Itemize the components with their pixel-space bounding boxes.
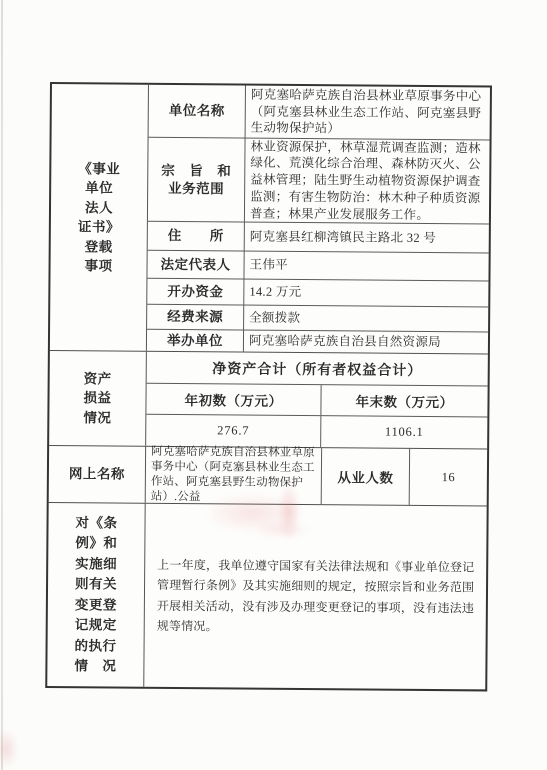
certificate-rows: 单位名称 阿克塞哈萨克族自治县林业草原事务中心（阿克塞县林业生态工作站、阿克塞县… [146, 85, 490, 354]
net-assets-header: 净资产合计（所有者权益合计） [147, 352, 488, 386]
address-label: 住 所 [148, 222, 244, 251]
online-name-section: 网上名称 阿克塞哈萨克族自治县林业草原事务中心（阿克塞县林业生态工作站、阿克塞县… [49, 445, 487, 505]
purpose-scope-label: 宗 旨 和 业务范围 [148, 138, 245, 222]
legal-representative-label: 法定代表人 [147, 251, 243, 279]
compliance-statement: 上一年度，我单位遵守国家有关法律法规和《事业单位登记管理暂行条例》及其实施细则的… [143, 504, 486, 690]
table-row-purpose-scope: 宗 旨 和 业务范围 林业资源保护，林草湿荒调查监测；造林绿化、荒漠化综合治理、… [148, 137, 490, 224]
unit-name-label: 单位名称 [149, 85, 245, 138]
organizer-value: 阿克塞哈萨克族自治县自然资源局 [243, 331, 488, 354]
staff-count-label: 从业人数 [321, 448, 409, 505]
table-row-funding-source: 经费来源 全额拨款 [147, 304, 488, 332]
year-end-header: 年末数（万元） [320, 385, 487, 416]
asset-section-label: 资产 损益 情况 [49, 351, 146, 446]
certificate-section-label: 《事业 单位 法人 证书》 登载 事项 [50, 84, 148, 351]
online-name-value: 阿克塞哈萨克族自治县林业草原事务中心（阿克塞县林业生态工作站、阿克塞县野生动物保… [145, 447, 321, 504]
certificate-section: 《事业 单位 法人 证书》 登载 事项 单位名称 阿克塞哈萨克族自治县林业草原事… [50, 84, 490, 353]
legal-representative-value: 王伟平 [243, 252, 488, 281]
asset-subheader-row: 年初数（万元） 年末数（万元） [146, 383, 487, 417]
compliance-section: 对《条 例》和 实施细 则有关 变更登 记规定 的执行 情 况 上一年度，我单位… [47, 502, 486, 689]
organizer-label: 举办单位 [147, 330, 243, 352]
table-row-legal-representative: 法定代表人 王伟平 [147, 250, 488, 281]
scan-edge-line [1, 0, 3, 770]
unit-name-value: 阿克塞哈萨克族自治县林业草原事务中心（阿克塞县林业生态工作站、阿克塞县野生动物保… [245, 86, 490, 140]
year-end-value: 1106.1 [320, 416, 487, 448]
table-row-organizer: 举办单位 阿克塞哈萨克族自治县自然资源局 [147, 329, 488, 354]
asset-grid: 净资产合计（所有者权益合计） 年初数（万元） 年末数（万元） 276.7 110… [145, 352, 488, 449]
asset-section: 资产 损益 情况 净资产合计（所有者权益合计） 年初数（万元） 年末数（万元） … [49, 350, 488, 448]
funding-source-label: 经费来源 [147, 305, 243, 330]
purpose-scope-value: 林业资源保护，林草湿荒调查监测；造林绿化、荒漠化综合治理、森林防灭火、公益林管理… [244, 139, 490, 224]
registration-table: 《事业 单位 法人 证书》 登载 事项 单位名称 阿克塞哈萨克族自治县林业草原事… [45, 82, 492, 691]
year-begin-value: 276.7 [146, 415, 320, 447]
table-row-address: 住 所 阿克塞县红柳湾镇民主路北 32 号 [148, 221, 489, 253]
compliance-label: 对《条 例》和 实施细 则有关 变更登 记规定 的执行 情 况 [47, 503, 144, 687]
year-begin-header: 年初数（万元） [146, 384, 320, 415]
opening-capital-value: 14.2 万元 [243, 280, 488, 307]
staff-count-value: 16 [409, 449, 487, 506]
asset-values-row: 276.7 1106.1 [146, 414, 487, 449]
table-row-opening-capital: 开办资金 14.2 万元 [147, 278, 488, 307]
online-name-label: 网上名称 [49, 446, 145, 503]
funding-source-value: 全额拨款 [243, 306, 488, 332]
document-sheet: 《事业 单位 法人 证书》 登载 事项 单位名称 阿克塞哈萨克族自治县林业草原事… [0, 0, 547, 770]
table-row-unit-name: 单位名称 阿克塞哈萨克族自治县林业草原事务中心（阿克塞县林业生态工作站、阿克塞县… [149, 85, 490, 140]
address-value: 阿克塞县红柳湾镇民主路北 32 号 [244, 223, 489, 253]
opening-capital-label: 开办资金 [147, 279, 243, 305]
